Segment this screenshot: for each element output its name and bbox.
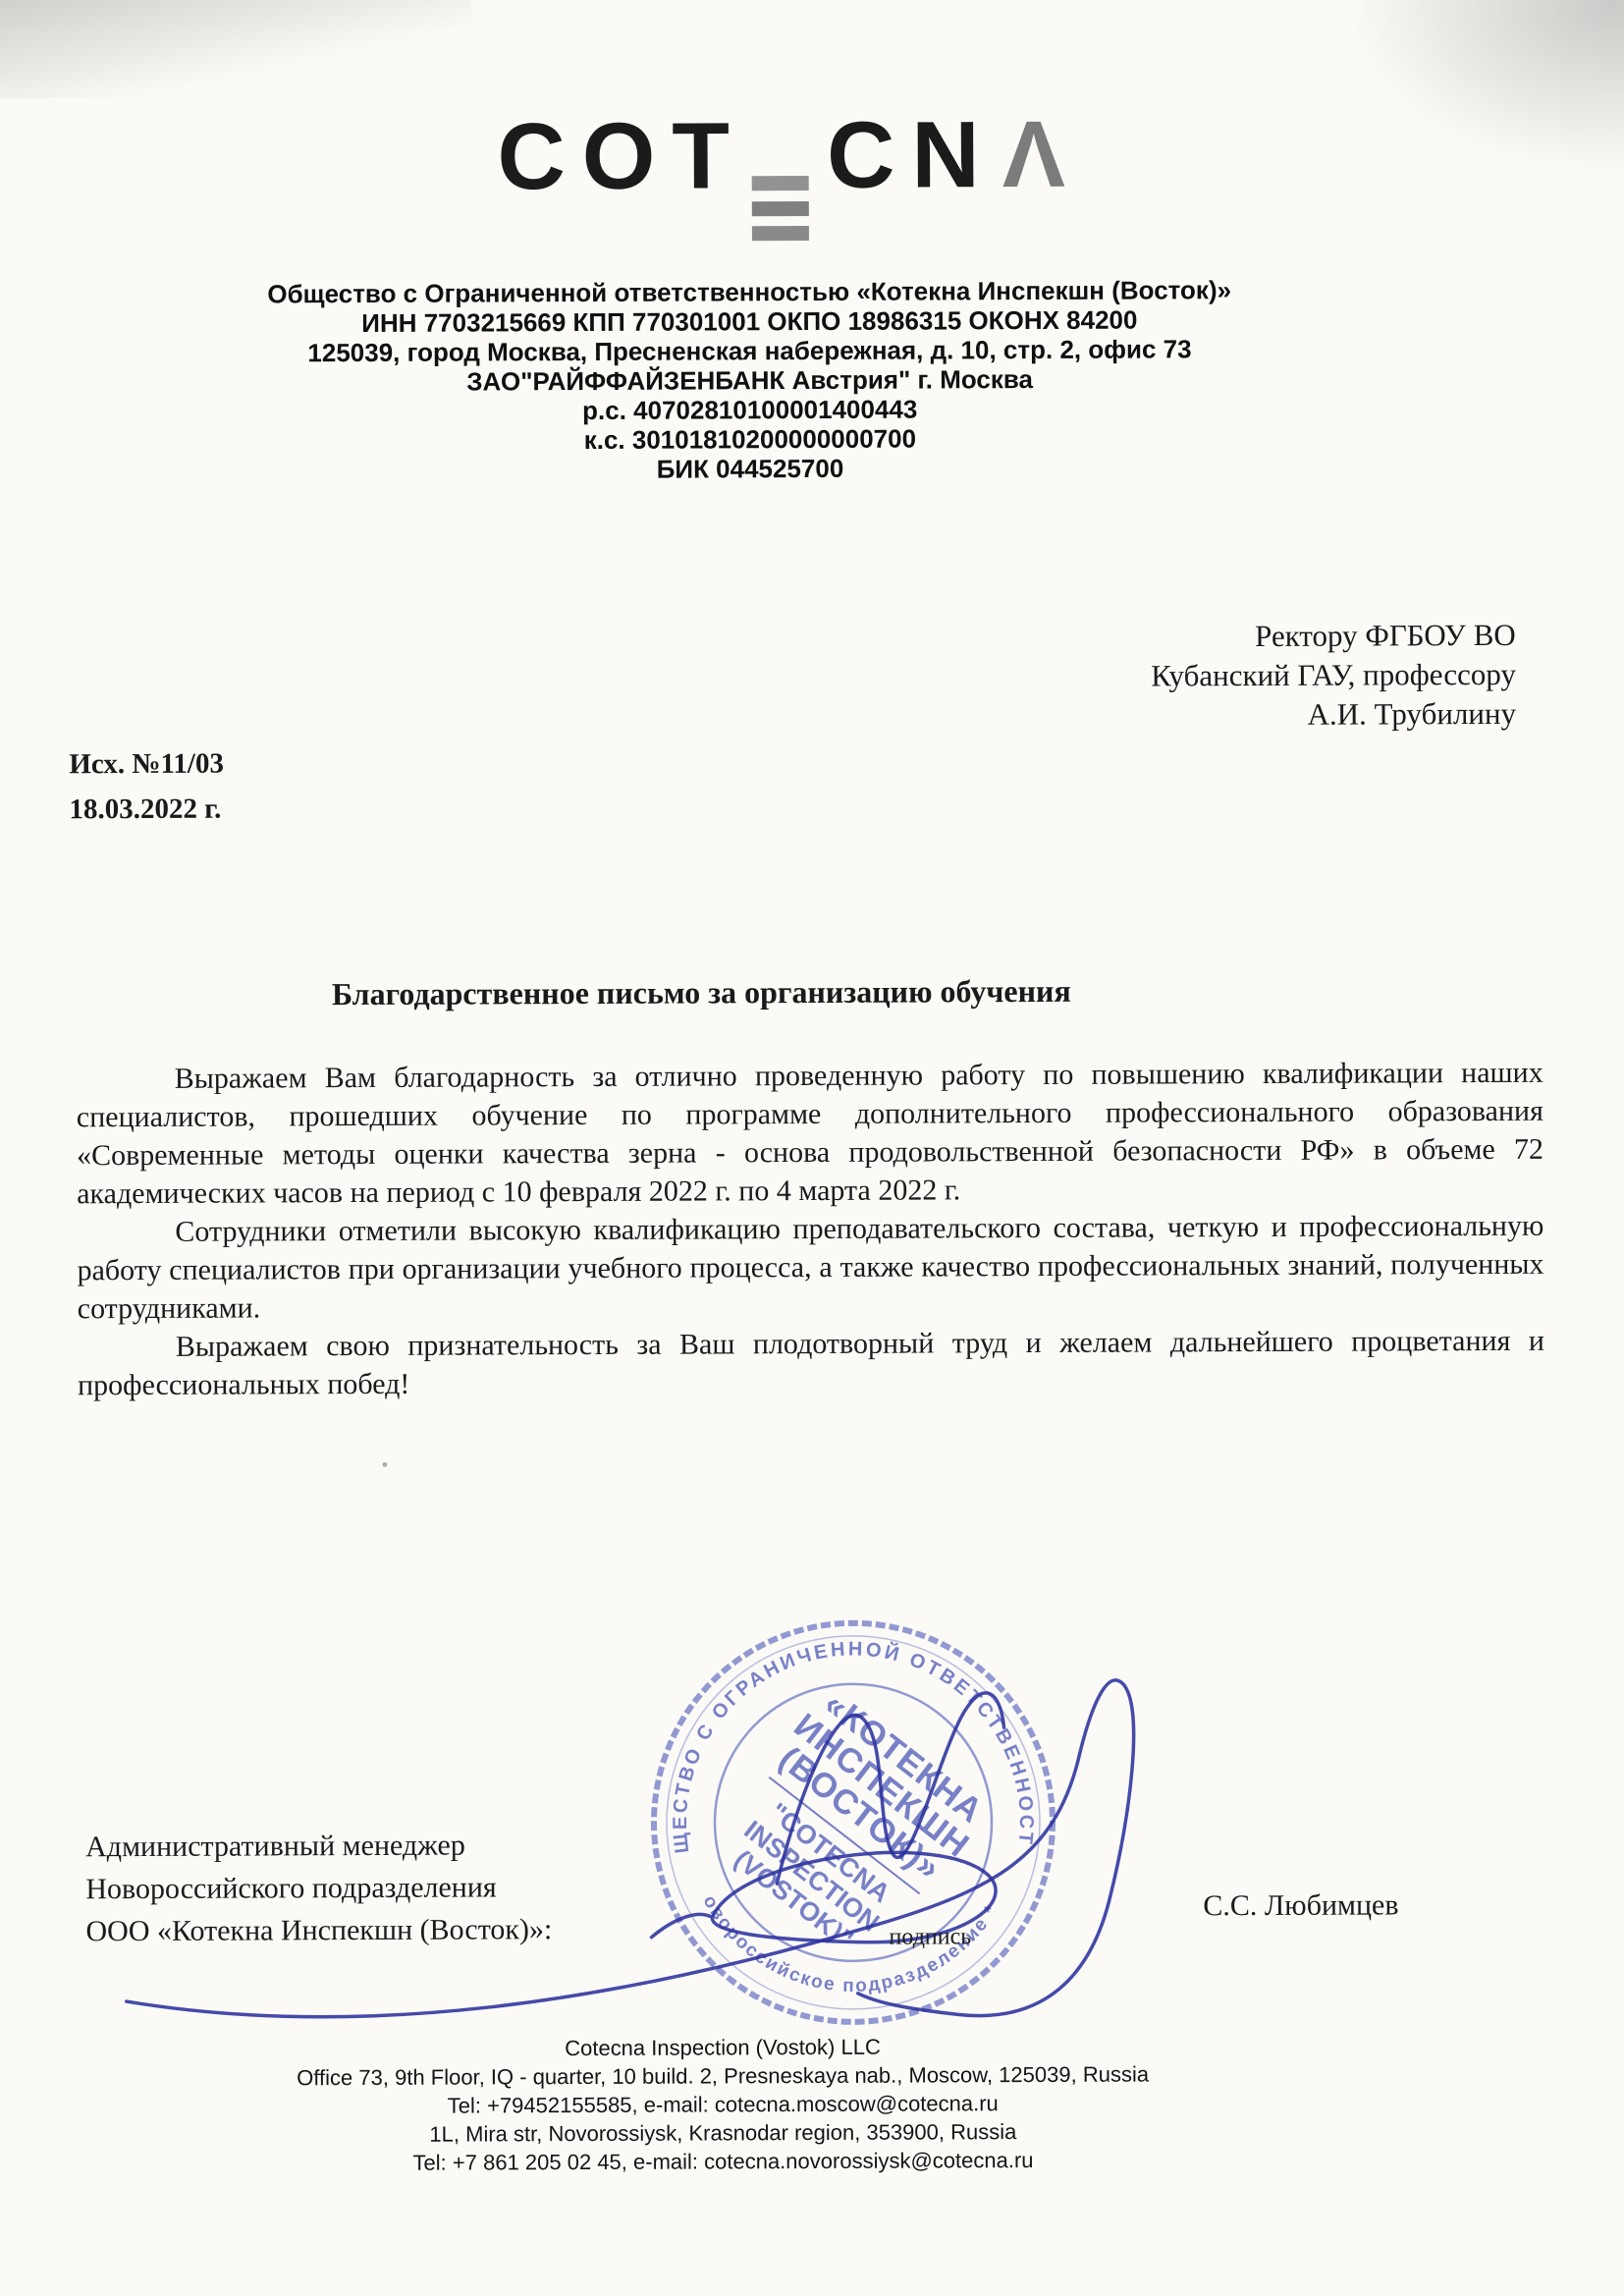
signature-caption: подпись [889, 1924, 971, 1950]
scan-speck [382, 1462, 387, 1467]
letter-content: COTCNΛ Общество с Ограниченной ответстве… [0, 0, 1624, 2296]
letter-body: Выражаем Вам благодарность за отлично пр… [77, 1054, 1545, 1405]
logo-e-bar [752, 176, 809, 191]
outgoing-number: Исх. №11/03 [69, 741, 224, 788]
signature-stroke [776, 1693, 1004, 1884]
logo-e-bars-icon [752, 176, 809, 241]
company-header: Общество с Ограниченной ответственностью… [0, 274, 1562, 487]
body-paragraph: Сотрудники отметили высокую квалификацию… [77, 1207, 1543, 1329]
recipient-line: Ректору ФГБОУ ВО [1151, 616, 1516, 657]
handwritten-signature [100, 1569, 1182, 2065]
body-paragraph: Выражаем Вам благодарность за отлично пр… [77, 1054, 1544, 1214]
recipient-line: А.И. Трубилину [1151, 694, 1516, 736]
logo-lambda-glyph: Λ [1001, 102, 1064, 207]
logo-e-bar [752, 226, 809, 241]
signer-name: С.С. Любимцев [1203, 1888, 1398, 1923]
letter-date: 18.03.2022 г. [69, 787, 224, 833]
body-paragraph: Выражаем свою признательность за Ваш пло… [78, 1322, 1544, 1405]
recipient-line: Кубанский ГАУ, профессору [1151, 655, 1516, 696]
reference-block: Исх. №11/03 18.03.2022 г. [69, 741, 224, 833]
logo-text-left: COT [497, 103, 746, 209]
logo-text-right: CN [827, 102, 997, 208]
footer-novorossiysk-contacts: Tel: +7 861 205 02 45, e-mail: cotecna.n… [0, 2144, 1536, 2179]
recipient-block: Ректору ФГБОУ ВО Кубанский ГАУ, профессо… [1151, 616, 1516, 736]
company-bik-line: БИК 044525700 [0, 451, 1562, 487]
signature-stroke [125, 1680, 1134, 2020]
scanned-letter-page: COTCNΛ Общество с Ограниченной ответстве… [0, 0, 1624, 2296]
cotecna-logo: COTCNΛ [0, 99, 1594, 242]
letter-title: Благодарственное письмо за организацию о… [0, 971, 1513, 1014]
logo-e-bar [752, 201, 809, 216]
